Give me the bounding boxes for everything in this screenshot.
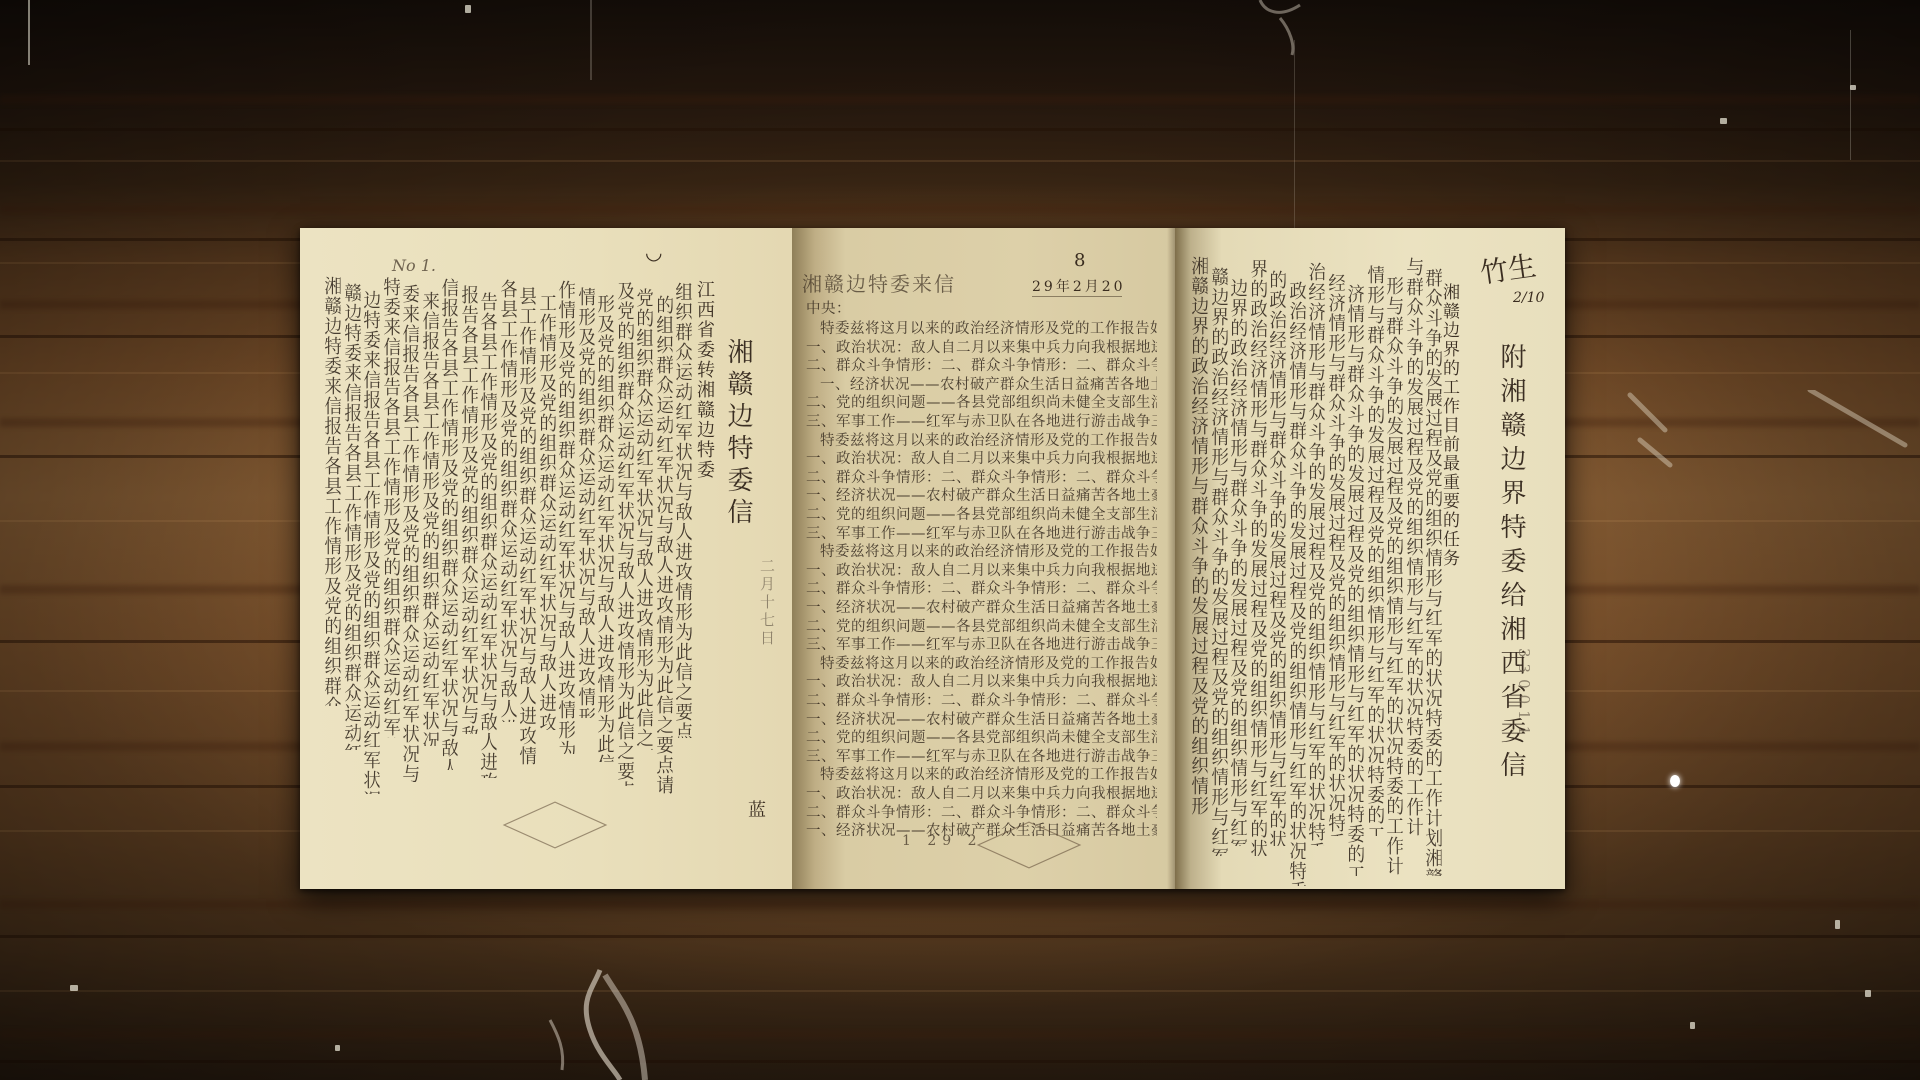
- handwriting-column: 形及党的组织群众运动红军状况与敌人进攻情形为此信之要点请中央: [595, 294, 613, 762]
- handwriting-line: 二、群众斗争情形：二、群众斗争情形：二、群众斗争情形: [806, 692, 1157, 710]
- handwriting-column: 组织群众运动红军状况与敌人进攻情形为此信之要点请中央详细指示: [673, 282, 691, 738]
- handwriting-line: 二、党的组织问题——各县党部组织尚未健全支部生活二、: [806, 618, 1157, 636]
- page2-date: 29年2月20: [1032, 276, 1126, 296]
- page2-header: 湘赣边特委来信: [802, 268, 956, 297]
- handwriting-column: 及党的组织群众运动红军状况与敌人进攻情形为此信之要点请中央详: [615, 281, 633, 786]
- diamond-stamp: [503, 801, 608, 848]
- page1-date: 二月十七日: [757, 558, 778, 648]
- handwriting-line: 特委兹将这月以来的政治经济情形及党的工作报告如下特委: [820, 432, 1157, 450]
- handwriting-column: 形与群众斗争的发展过程及党的组织情形与红军的状况特委的工作计划湘赣边界的: [1384, 276, 1402, 876]
- handwriting-line: 二、群众斗争情形：二、群众斗争情形：二、群众斗争情形: [806, 580, 1157, 598]
- light-glint: [1670, 775, 1680, 787]
- historical-document: No 1. ◡ 湘赣边特委来信报告各县工作情形及党的组织群众运动红军状况与敌赣边…: [300, 228, 1565, 889]
- handwriting-column: 报告各县工作情形及党的组织群众运动红军状况与敌人进攻情形为此: [459, 285, 477, 734]
- signature-mark: 蓝: [748, 796, 766, 822]
- handwriting-line: 一、政治状况：敌人自二月以来集中兵力向我根据地进攻一: [806, 450, 1157, 468]
- handwriting-column: 边界的政治经济情形与群众斗争的发展过程及党的组织情形与红军的状况特委的工: [1228, 278, 1246, 846]
- handwriting-column: 信报告各县工作情形及党的组织群众运动红军状况与敌人进攻情形为: [439, 278, 457, 770]
- film-scratch: [1850, 30, 1851, 160]
- handwriting-line: 一、经济状况——农村破产群众生活日益痛苦各地土豪劣绅: [820, 376, 1157, 394]
- handwriting-line: 二、党的组织问题——各县党部组织尚未健全支部生活二、: [806, 506, 1157, 524]
- page3-side-note: 湘赣边界的工作目前最重要的任务: [1437, 283, 1462, 568]
- dust-speck: [1690, 1022, 1695, 1029]
- page1-title: 湘赣边特委信: [720, 338, 757, 530]
- fraction-mark: 2/10: [1513, 290, 1544, 306]
- handwriting-column: 政治经济情形与群众斗争的发展过程及党的组织情形与红军的状况特委的工作计划: [1287, 281, 1305, 886]
- document-page-2: 湘赣边特委来信 8 29年2月20 中央： 特委兹将这月以来的政治经济情形及党的…: [792, 228, 1175, 889]
- handwriting-column: 各县工作情形及党的组织群众运动红军状况与敌人进攻情形为此信之: [498, 279, 516, 722]
- footer-note: 1 29 2: [902, 833, 983, 849]
- dust-speck: [70, 985, 78, 991]
- handwriting-line: 一、政治状况：敌人自二月以来集中兵力向我根据地进攻一: [806, 673, 1157, 691]
- dust-speck: [1850, 85, 1856, 90]
- handwriting-column: 作情形及党的组织群众运动红军状况与敌人进攻情形为此信之要点请: [556, 280, 574, 754]
- handwriting-column: 的政治经济情形与群众斗争的发展过程及党的组织情形与红军的状况特委的工作计: [1267, 270, 1285, 846]
- handwriting-column: 委来信报告各县工作情形及党的组织群众运动红军状况与敌人进攻情: [400, 284, 418, 782]
- page-number-label: No 1.: [392, 256, 436, 275]
- handwriting-column: 情形及党的组织群众运动红军状况与敌人进攻情形为此信之要点请中: [576, 287, 594, 718]
- handwriting-line: 二、党的组织问题——各县党部组织尚未健全支部生活二、: [806, 729, 1157, 747]
- handwriting-line: 二、党的组织问题——各县党部组织尚未健全支部生活二、: [806, 394, 1157, 412]
- handwriting-column: 赣边界的政治经济情形与群众斗争的发展过程及党的组织情形与红军的状况特委的: [1209, 267, 1227, 856]
- handwriting-column: 界的政治经济情形与群众斗争的发展过程及党的组织情形与红军的状况特委的工作: [1248, 259, 1266, 856]
- bracket-mark: ◡: [645, 240, 662, 264]
- handwriting-column: 与群众斗争的发展过程及党的组织情形与红军的状况特委的工作计划湘赣边界的政: [1404, 257, 1422, 836]
- film-scratch: [28, 0, 30, 65]
- handwriting-line: 二、群众斗争情形：二、群众斗争情形：二、群众斗争情形: [806, 804, 1157, 822]
- dust-speck: [465, 5, 471, 13]
- handwriting-column: 党的组织群众运动红军状况与敌人进攻情形为此信之要点请中央详细: [634, 288, 652, 750]
- handwriting-line: 一、政治状况：敌人自二月以来集中兵力向我根据地进攻一: [806, 339, 1157, 357]
- handwriting-line: 特委兹将这月以来的政治经济情形及党的工作报告如下特委: [820, 543, 1157, 561]
- document-page-3: 湘赣边界的政治经济情形与群众斗争的发展过程及党的组织情形与红军的状况特委赣边界的…: [1175, 228, 1565, 889]
- handwriting-line: 一、政治状况：敌人自二月以来集中兵力向我根据地进攻一: [806, 785, 1157, 803]
- handwriting-column: 湘赣边界的政治经济情形与群众斗争的发展过程及党的组织情形与红军的状况特委: [1189, 256, 1207, 816]
- handwriting-column: 情形与群众斗争的发展过程及党的组织情形与红军的状况特委的工作计划湘赣边界: [1365, 265, 1383, 836]
- handwriting-line: 特委兹将这月以来的政治经济情形及党的工作报告如下特委: [820, 655, 1157, 673]
- handwriting-line: 三、军事工作——红军与赤卫队在各地进行游击战争三、军: [806, 748, 1157, 766]
- page1-side-note: 江西省委转湘赣边特委: [691, 280, 717, 480]
- film-scratch: [590, 0, 592, 80]
- handwriting-column: 工作情形及党的组织群众运动红军状况与敌人进攻情形为此信之要点: [537, 293, 555, 730]
- dust-speck: [1835, 920, 1840, 929]
- margin-numbers: 330011: [1515, 648, 1533, 741]
- handwriting-line: 三、军事工作——红军与赤卫队在各地进行游击战争三、军: [806, 636, 1157, 654]
- handwriting-column: 赣边特委来信报告各县工作情形及党的组织群众运动红军状况与敌人: [342, 283, 360, 750]
- top-mark: 竹生: [1477, 244, 1538, 291]
- handwriting-column: 治经济情形与群众斗争的发展过程及党的组织情形与红军的状况特委的工作计划湘: [1306, 262, 1324, 846]
- handwriting-column: 济情形与群众斗争的发展过程及党的组织情形与红军的状况特委的工作计划湘赣边: [1345, 284, 1363, 876]
- handwriting-column: 湘赣边特委来信报告各县工作情形及党的组织群众运动红军状况与敌: [322, 276, 340, 706]
- light-streak: [1620, 390, 1920, 480]
- smoke-wisp: [520, 960, 740, 1080]
- handwriting-column: 特委来信报告各县工作情形及党的组织群众运动红军状况与敌人进攻: [381, 277, 399, 738]
- handwriting-line: 一、经济状况——农村破产群众生活日益痛苦各地土豪劣绅: [806, 711, 1157, 729]
- handwriting-line: 二、群众斗争情形：二、群众斗争情形：二、群众斗争情形: [806, 469, 1157, 487]
- handwriting-column: 的组织群众运动红军状况与敌人进攻情形为此信之要点请中央详细指: [654, 295, 672, 794]
- handwriting-line: 三、军事工作——红军与赤卫队在各地进行游击战争三、军: [806, 413, 1157, 431]
- rule-line: [1032, 296, 1122, 297]
- handwriting-column: 县工作情形及党的组织群众运动红军状况与敌人进攻情形为此信之要: [517, 286, 535, 766]
- handwriting-line: 三、军事工作——红军与赤卫队在各地进行游击战争三、军: [806, 525, 1157, 543]
- handwriting-line: 一、政治状况：敌人自二月以来集中兵力向我根据地进攻一: [806, 562, 1157, 580]
- dust-speck: [1720, 118, 1727, 124]
- handwriting-line: 一、经济状况——农村破产群众生活日益痛苦各地土豪劣绅: [806, 599, 1157, 617]
- handwriting-line: 特委兹将这月以来的政治经济情形及党的工作报告如下特委: [820, 766, 1157, 784]
- handwriting-line: 二、群众斗争情形：二、群众斗争情形：二、群众斗争情形: [806, 357, 1157, 375]
- handwriting-line: 一、经济状况——农村破产群众生活日益痛苦各地土豪劣绅: [806, 487, 1157, 505]
- salutation: 中央：: [806, 300, 1157, 318]
- handwriting-column: 经济情形与群众斗争的发展过程及党的组织情形与红军的状况特委的工作计划湘赣: [1326, 273, 1344, 836]
- dust-speck: [335, 1045, 340, 1051]
- handwriting-column: 边特委来信报告各县工作情形及党的组织群众运动红军状况与敌人进: [361, 290, 379, 794]
- dust-speck: [1865, 990, 1871, 997]
- handwriting-column: 来信报告各县工作情形及党的组织群众运动红军状况与敌人进攻情形: [420, 291, 438, 746]
- document-page-1: No 1. ◡ 湘赣边特委来信报告各县工作情形及党的组织群众运动红军状况与敌赣边…: [300, 228, 792, 889]
- handwriting-column: 告各县工作情形及党的组织群众运动红军状况与敌人进攻情形为此信: [478, 292, 496, 778]
- handwriting-line: 特委兹将这月以来的政治经济情形及党的工作报告如下特委: [820, 320, 1157, 338]
- smoke-wisp: [1220, 0, 1340, 60]
- page-mark: 8: [1074, 250, 1085, 271]
